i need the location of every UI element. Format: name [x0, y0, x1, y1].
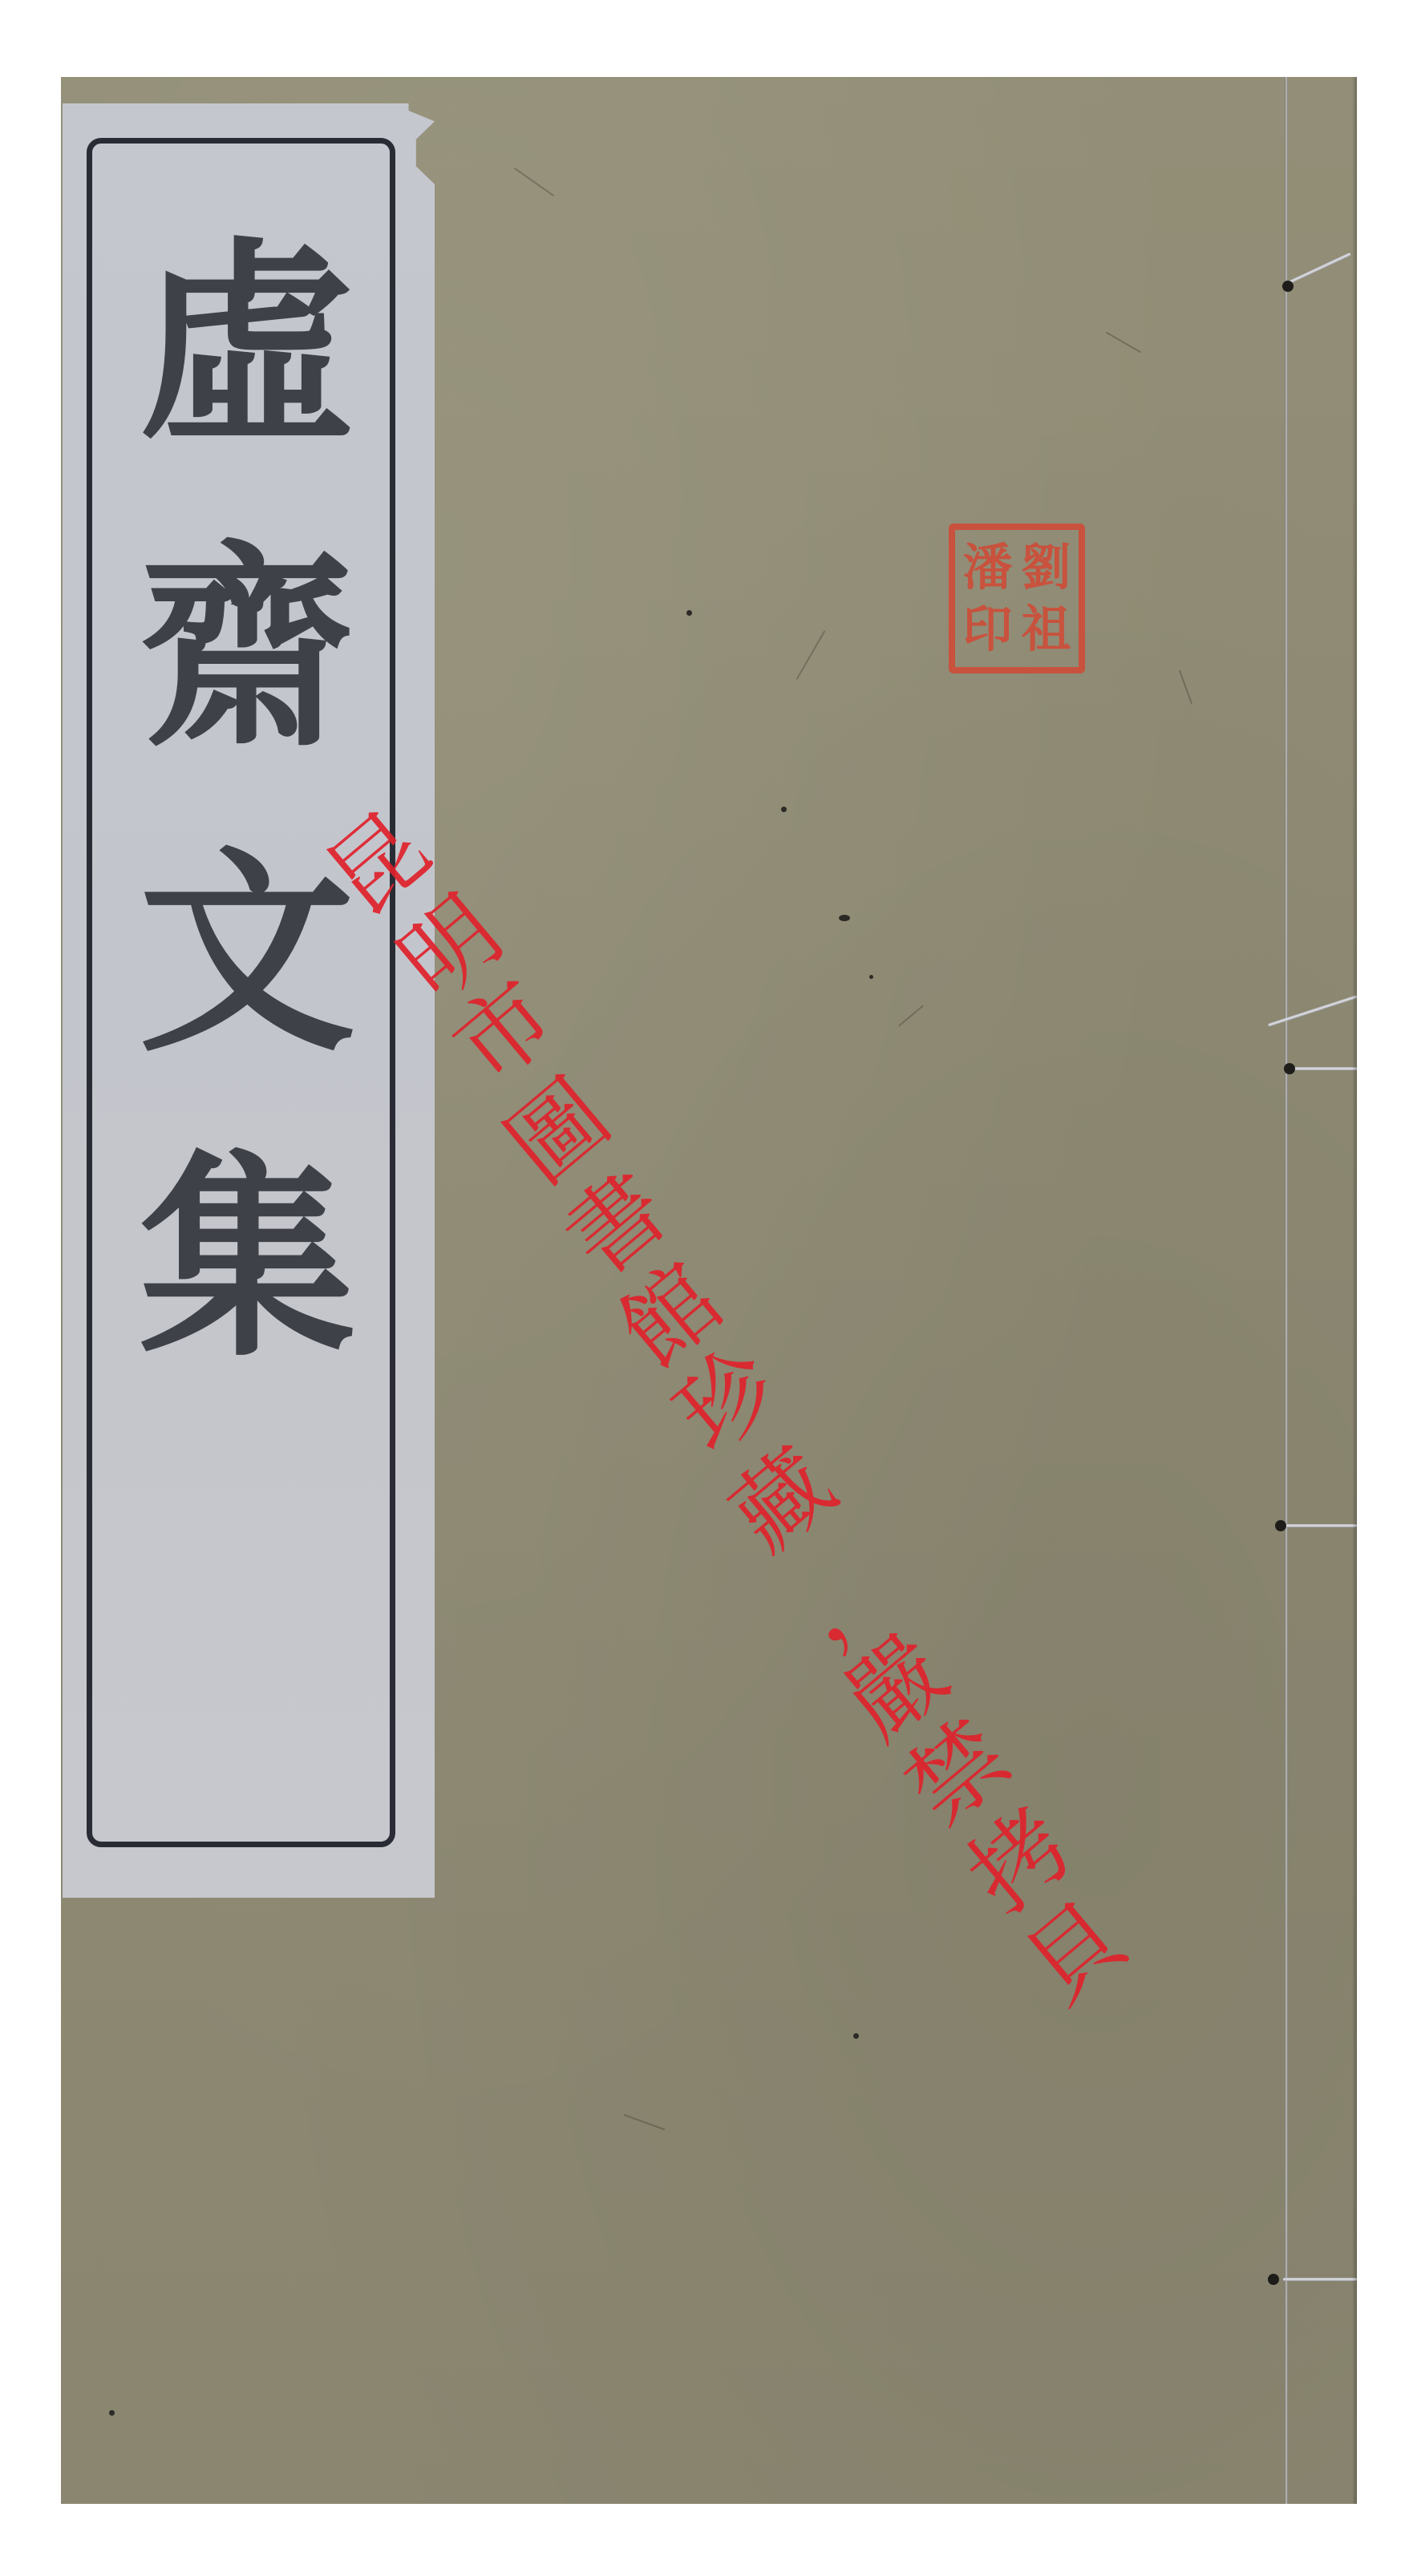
seal-char: 印	[962, 601, 1012, 657]
seal-char: 潘	[962, 540, 1012, 596]
title-char-1: 虛	[127, 192, 367, 496]
collector-seal: 劉 祖 潘 印	[949, 524, 1085, 673]
binding-stitch-hole	[1282, 281, 1294, 292]
spine-edge-shadow	[1352, 77, 1357, 2504]
binding-stitch-thread	[1283, 1524, 1357, 1527]
binding-stitch-hole	[1284, 1063, 1295, 1074]
seal-right-column: 劉 祖	[1021, 536, 1071, 661]
paper-fiber	[1106, 332, 1141, 354]
paper-speck	[869, 975, 873, 979]
paper-fiber	[796, 630, 826, 680]
paper-fiber	[1179, 670, 1192, 705]
paper-speck	[109, 2410, 115, 2416]
title-char-4: 集	[127, 1106, 367, 1410]
paper-speck	[839, 915, 850, 921]
binding-stitch-thread	[1283, 2278, 1357, 2281]
paper-speck	[853, 2033, 859, 2039]
binding-stitch-hole	[1275, 1520, 1286, 1531]
paper-fiber	[623, 2114, 665, 2131]
paper-speck	[781, 807, 787, 812]
paper-speck	[686, 610, 692, 616]
paper-fiber	[898, 1005, 924, 1026]
binding-stitch-thread	[1290, 1067, 1357, 1070]
binding-stitch-thread	[1287, 253, 1351, 285]
seal-char: 劉	[1021, 540, 1071, 596]
title-label-slip: 虛 齋 文 集	[63, 103, 435, 1898]
binding-stitch-hole	[1268, 2274, 1279, 2285]
seal-left-column: 潘 印	[962, 536, 1012, 661]
book-title: 虛 齋 文 集	[111, 192, 383, 1410]
binding-thread-line	[1285, 77, 1288, 2504]
binding-stitch-thread	[1268, 995, 1357, 1027]
title-char-2: 齋	[127, 496, 367, 801]
paper-fiber	[514, 168, 554, 196]
seal-char: 祖	[1021, 601, 1071, 657]
